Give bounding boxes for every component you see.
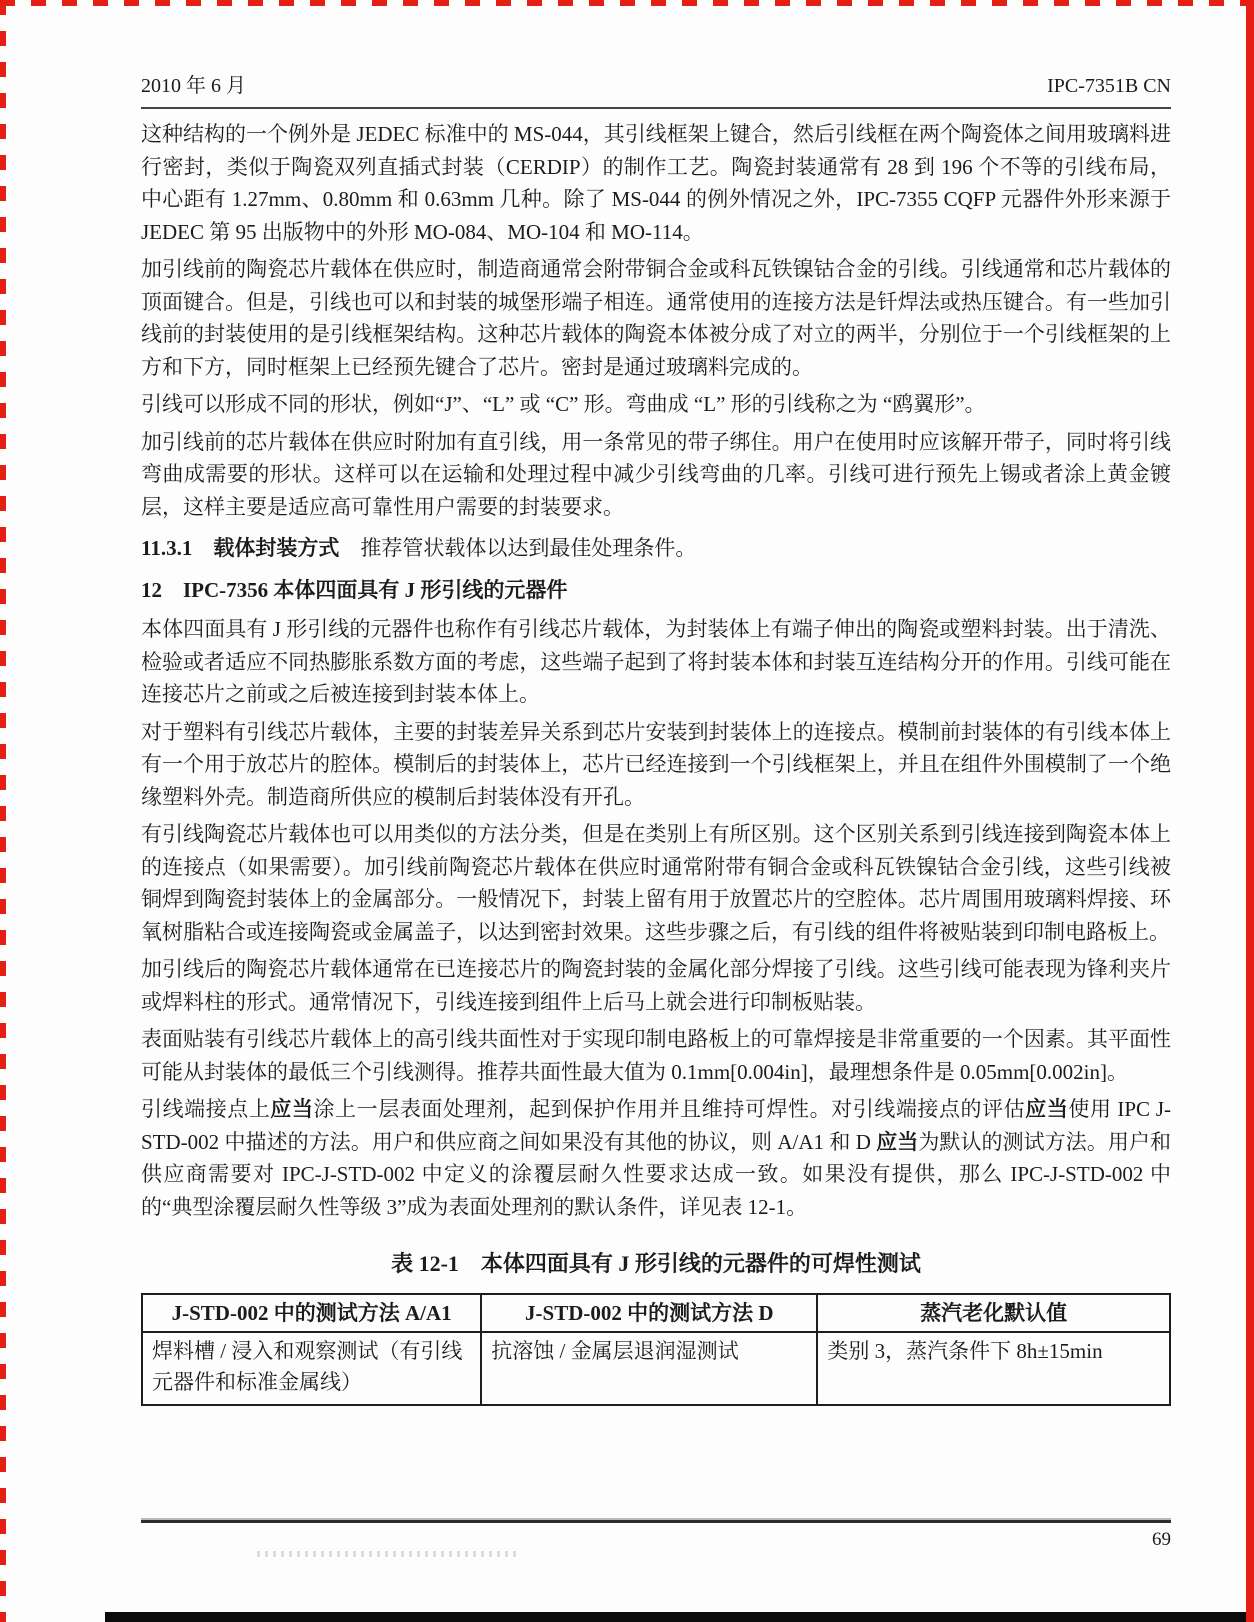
red-dashed-left-border (0, 0, 6, 1622)
text-run: 11.3.1 载体封装方式 (141, 536, 339, 560)
page-content: 2010 年 6 月 IPC-7351B CN 这种结构的一个例外是 JEDEC… (141, 74, 1171, 1406)
table-cell: 焊料槽 / 浸入和观察测试（有引线元器件和标准金属线） (142, 1332, 481, 1405)
text-run: 12 IPC-7356 本体四面具有 J 形引线的元器件 (141, 578, 567, 602)
table-row: 焊料槽 / 浸入和观察测试（有引线元器件和标准金属线）抗溶蚀 / 金属层退润湿测… (142, 1332, 1170, 1405)
table-cell: 抗溶蚀 / 金属层退润湿测试 (481, 1332, 817, 1405)
header-date: 2010 年 6 月 (141, 74, 246, 98)
text-run: 涂上一层表面处理剂，起到保护作用并且维持可焊性。对引线端接点的评估 (314, 1097, 1026, 1121)
paragraph: 表面贴装有引线芯片载体上的高引线共面性对于实现印制电路板上的可靠焊接是非常重要的… (141, 1023, 1171, 1088)
paragraph: 加引线后的陶瓷芯片载体通常在已连接芯片的陶瓷封装的金属化部分焊接了引线。这些引线… (141, 953, 1171, 1018)
black-bottom-bar (105, 1612, 1254, 1622)
text-run: 加引线前的陶瓷芯片载体在供应时，制造商通常会附带铜合金或科瓦铁镍钴合金的引线。引… (141, 257, 1171, 379)
paragraph: 引线端接点上应当涂上一层表面处理剂，起到保护作用并且维持可焊性。对引线端接点的评… (141, 1093, 1171, 1223)
table-header-row: J-STD-002 中的测试方法 A/A1J-STD-002 中的测试方法 D蒸… (142, 1294, 1170, 1332)
page-header: 2010 年 6 月 IPC-7351B CN (141, 74, 1171, 98)
red-dashed-top-border (0, 0, 1254, 6)
paragraph: 加引线前的陶瓷芯片载体在供应时，制造商通常会附带铜合金或科瓦铁镍钴合金的引线。引… (141, 253, 1171, 383)
paragraph: 加引线前的芯片载体在供应时附加有直引线，用一条常见的带子绑住。用户在使用时应该解… (141, 426, 1171, 524)
text-run: 加引线后的陶瓷芯片载体通常在已连接芯片的陶瓷封装的金属化部分焊接了引线。这些引线… (141, 957, 1171, 1014)
page-number: 69 (141, 1528, 1171, 1552)
section-heading: 12 IPC-7356 本体四面具有 J 形引线的元器件 (141, 574, 1171, 607)
text-run: 表面贴装有引线芯片载体上的高引线共面性对于实现印制电路板上的可靠焊接是非常重要的… (141, 1027, 1171, 1084)
table-cell: 类别 3，蒸汽条件下 8h±15min (817, 1332, 1170, 1405)
footer-rule (141, 1520, 1171, 1523)
table-caption: 表 12-1 本体四面具有 J 形引线的元器件的可焊性测试 (141, 1249, 1171, 1279)
faint-watermark (257, 1551, 517, 1557)
header-doc-id: IPC-7351B CN (1047, 74, 1171, 98)
table-header-cell: 蒸汽老化默认值 (817, 1294, 1170, 1332)
document-page: 2010 年 6 月 IPC-7351B CN 这种结构的一个例外是 JEDEC… (0, 0, 1254, 1622)
solderability-table: J-STD-002 中的测试方法 A/A1J-STD-002 中的测试方法 D蒸… (141, 1293, 1171, 1406)
text-run: 本体四面具有 J 形引线的元器件也称作有引线芯片载体，为封装体上有端子伸出的陶瓷… (141, 617, 1171, 706)
text-run: 加引线前的芯片载体在供应时附加有直引线，用一条常见的带子绑住。用户在使用时应该解… (141, 430, 1171, 519)
text-run: 推荐管状载体以达到最佳处理条件。 (339, 536, 696, 560)
header-rule (141, 107, 1171, 109)
table-header-cell: J-STD-002 中的测试方法 A/A1 (142, 1294, 481, 1332)
section-heading: 11.3.1 载体封装方式 推荐管状载体以达到最佳处理条件。 (141, 532, 1171, 565)
table-header-cell: J-STD-002 中的测试方法 D (481, 1294, 817, 1332)
text-run: 这种结构的一个例外是 JEDEC 标准中的 MS-044，其引线框架上键合，然后… (141, 122, 1171, 244)
text-run: 引线可以形成不同的形状，例如“J”、“L” 或 “C” 形。弯曲成 “L” 形的… (141, 392, 986, 416)
text-run: 应当 (270, 1097, 313, 1121)
text-run: 应当 (876, 1130, 918, 1154)
text-run: 有引线陶瓷芯片载体也可以用类似的方法分类，但是在类别上有所区别。这个区别关系到引… (141, 822, 1171, 944)
paragraph: 有引线陶瓷芯片载体也可以用类似的方法分类，但是在类别上有所区别。这个区别关系到引… (141, 818, 1171, 948)
paragraph: 对于塑料有引线芯片载体，主要的封装差异关系到芯片安装到封装体上的连接点。模制前封… (141, 716, 1171, 814)
paragraph: 本体四面具有 J 形引线的元器件也称作有引线芯片载体，为封装体上有端子伸出的陶瓷… (141, 613, 1171, 711)
red-right-border (1246, 0, 1254, 1622)
text-run: 应当 (1025, 1097, 1068, 1121)
paragraph: 引线可以形成不同的形状，例如“J”、“L” 或 “C” 形。弯曲成 “L” 形的… (141, 388, 1171, 421)
text-run: 引线端接点上 (141, 1097, 270, 1121)
text-run: 对于塑料有引线芯片载体，主要的封装差异关系到芯片安装到封装体上的连接点。模制前封… (141, 720, 1171, 809)
paragraph: 这种结构的一个例外是 JEDEC 标准中的 MS-044，其引线框架上键合，然后… (141, 118, 1171, 248)
body-text: 这种结构的一个例外是 JEDEC 标准中的 MS-044，其引线框架上键合，然后… (141, 118, 1171, 1223)
